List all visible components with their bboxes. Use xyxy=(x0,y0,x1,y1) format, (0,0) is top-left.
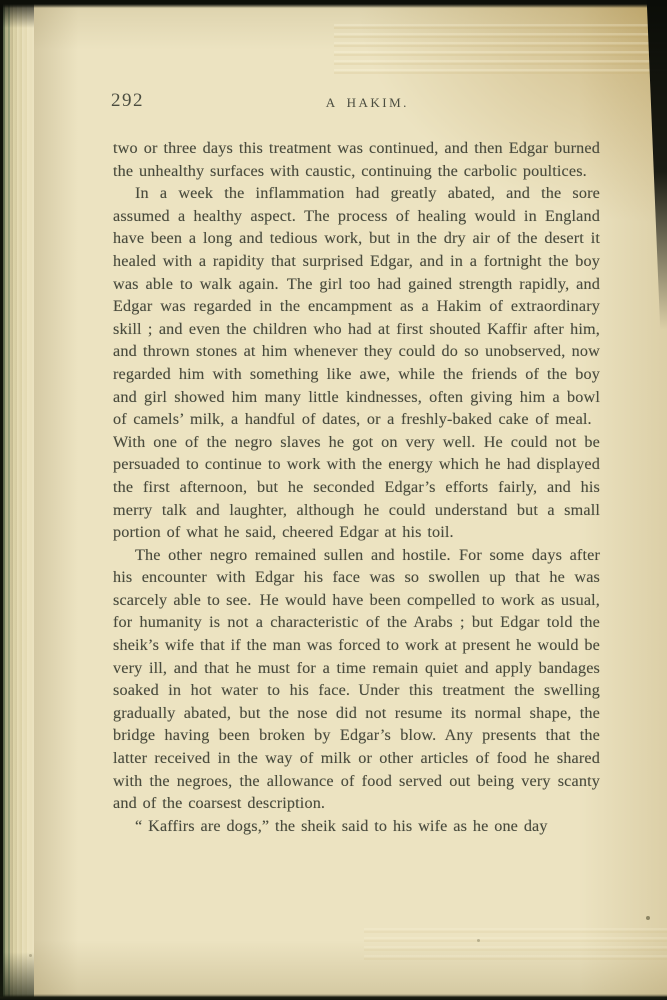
page-header: 292 A HAKIM. xyxy=(113,90,600,112)
photo-edge-top xyxy=(0,0,667,8)
page-number: 292 xyxy=(111,90,144,112)
fore-edge-streaks-bottom xyxy=(364,928,667,964)
running-header-title: A HAKIM. xyxy=(326,95,409,111)
body-paragraph: The other negro remained sullen and host… xyxy=(113,544,600,815)
ink-speck xyxy=(29,954,32,957)
book-page-photo: 292 A HAKIM. two or three days this trea… xyxy=(0,0,667,1000)
body-paragraph: “ Kaffirs are dogs,” the sheik said to h… xyxy=(113,815,600,838)
ink-speck xyxy=(477,939,480,942)
photo-edge-bottom xyxy=(0,994,667,1000)
body-paragraph: two or three days this treatment was con… xyxy=(113,137,600,182)
page-content: 292 A HAKIM. two or three days this trea… xyxy=(113,90,600,837)
book-gutter-page-edges xyxy=(0,0,34,1000)
body-paragraph: In a week the inflammation had greatly a… xyxy=(113,182,600,544)
fore-edge-streaks-top xyxy=(334,24,667,78)
ink-speck xyxy=(646,916,650,920)
page-body: two or three days this treatment was con… xyxy=(113,137,600,837)
